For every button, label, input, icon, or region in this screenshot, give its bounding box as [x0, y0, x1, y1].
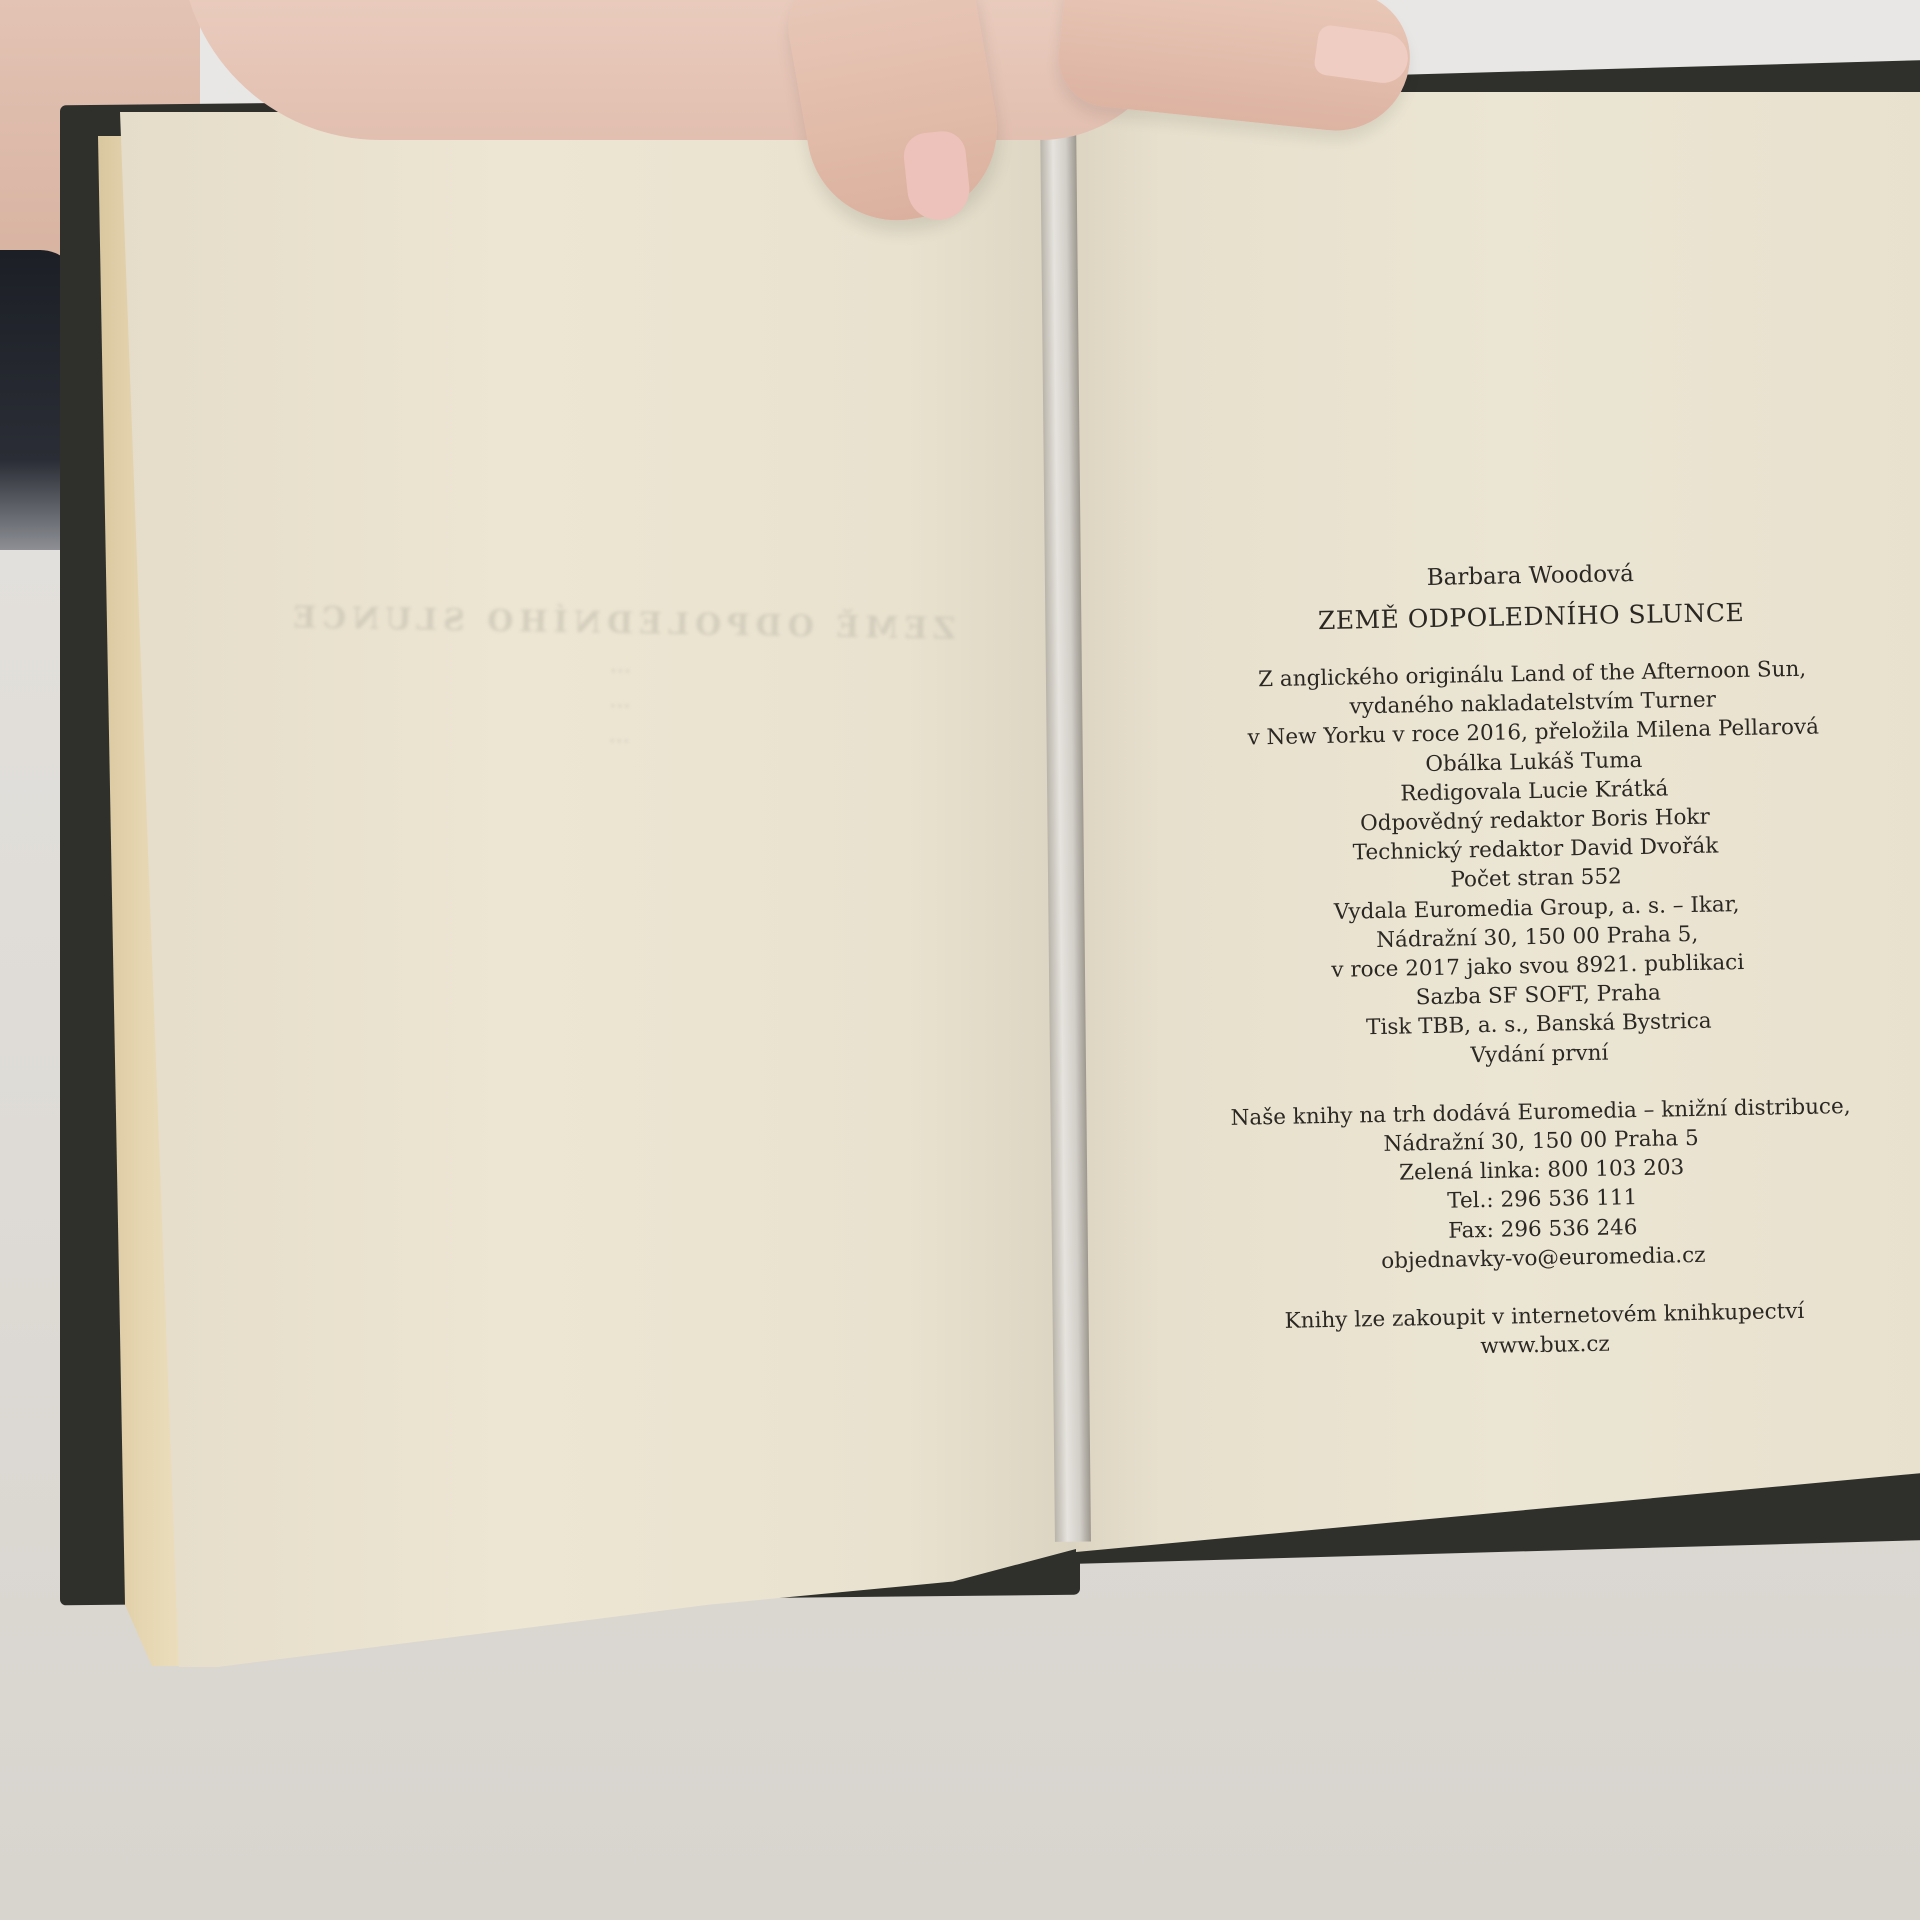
book-title: ZEMĚ ODPOLEDNÍHO SLUNCE	[1181, 595, 1881, 638]
left-page	[120, 112, 1100, 1667]
hand	[180, 0, 1180, 140]
book-photo-scene: ZEMĚ ODPOLEDNÍHO SLUNCE ... ... ... Barb…	[0, 0, 1920, 1920]
left-page-showthrough-text: ZEMĚ ODPOLEDNÍHO SLUNCE ... ... ...	[268, 594, 971, 796]
colophon-block: Barbara Woodová ZEMĚ ODPOLEDNÍHO SLUNCE …	[1180, 555, 1895, 1367]
